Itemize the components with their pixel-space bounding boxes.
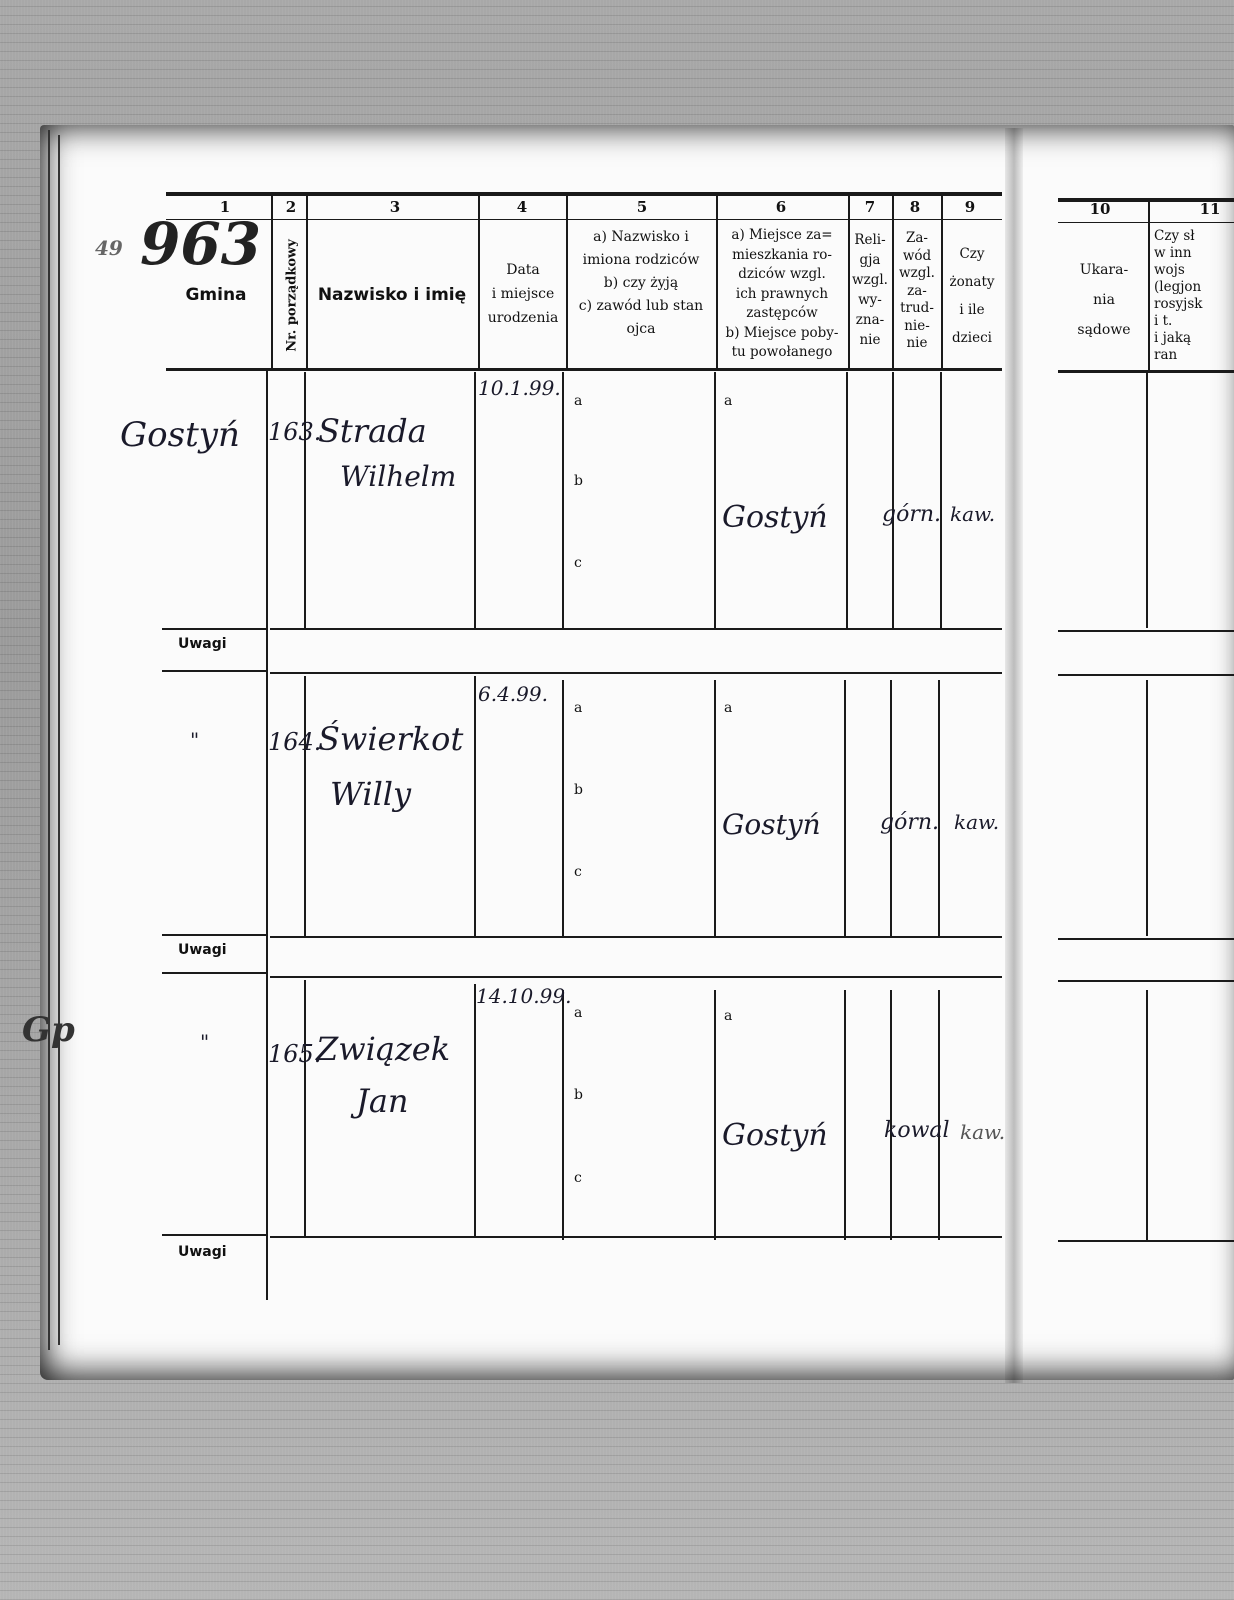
colnum-rule-right — [1058, 222, 1234, 223]
remarks-rule — [1058, 674, 1234, 676]
entry-number: 163. — [268, 418, 321, 446]
entry-occupation: górn. — [880, 810, 939, 835]
remarks-rule — [162, 670, 266, 672]
column-divider — [940, 372, 942, 628]
column-divider — [890, 990, 892, 1240]
entry-number: 165. — [268, 1040, 321, 1068]
remarks-rule — [270, 672, 1002, 674]
column-divider — [890, 680, 892, 936]
sub-label-c: c — [574, 864, 582, 880]
entry-birth-date: 10.1.99. — [478, 376, 561, 400]
gmina-divider — [266, 370, 268, 1300]
entry-gmina: " — [200, 1030, 209, 1054]
remarks-label: Uwagi — [178, 1244, 227, 1260]
remarks-rule — [270, 628, 1002, 630]
column-divider — [844, 680, 846, 936]
remarks-rule — [162, 934, 266, 936]
book-gutter — [1005, 128, 1023, 1383]
column-divider — [844, 990, 846, 1240]
binding-edge — [58, 135, 60, 1345]
entry-birth-date: 14.10.99. — [476, 984, 571, 1008]
column-header-residence: a) Miejsce za= mieszkania ro- dziców wzg… — [716, 226, 848, 363]
column-divider — [304, 980, 306, 1236]
column-divider — [1148, 200, 1150, 372]
column-divider — [478, 196, 480, 370]
entry-surname: Świerkot — [318, 720, 463, 758]
entry-given-name: Wilhelm — [340, 460, 456, 493]
column-number-3: 3 — [380, 198, 410, 216]
sub-label-b: b — [574, 473, 583, 489]
column-divider — [714, 990, 716, 1240]
remarks-rule — [162, 972, 266, 974]
column-header-gmina: Gmina — [176, 285, 256, 305]
column-header-nr: Nr. porządkowy — [285, 236, 300, 356]
entry-residence: Gostyń — [722, 500, 828, 535]
column-divider — [304, 372, 306, 628]
column-divider — [306, 196, 308, 370]
stamp-small: 49 — [95, 236, 123, 260]
column-divider — [304, 676, 306, 936]
entry-surname: Strada — [318, 412, 427, 450]
column-number-4: 4 — [507, 198, 537, 216]
column-divider — [892, 372, 894, 628]
remarks-rule — [270, 1236, 1002, 1238]
column-divider — [714, 372, 716, 628]
sub-label-a: a — [574, 1005, 582, 1021]
header-bottom-rule — [166, 368, 1002, 371]
sub-label-b: b — [574, 782, 583, 798]
remarks-rule — [270, 976, 1002, 978]
column-divider — [1146, 990, 1148, 1240]
column-divider — [474, 372, 476, 628]
column-header-married: Czy żonaty i ile dzieci — [942, 240, 1002, 352]
remarks-label: Uwagi — [178, 942, 227, 958]
column-divider — [846, 372, 848, 628]
stamp-number: 963 — [140, 210, 261, 278]
entry-gmina: Gostyń — [120, 415, 240, 455]
remarks-rule — [162, 1234, 266, 1236]
column-divider — [941, 196, 943, 370]
colnum-rule — [166, 219, 1002, 220]
remarks-rule — [1058, 630, 1234, 632]
column-number-1: 1 — [210, 198, 240, 216]
entry-residence: Gostyń — [722, 808, 821, 841]
column-divider — [716, 196, 718, 370]
sub-label-a: a — [574, 700, 582, 716]
column-header-birth: Data i miejsce urodzenia — [478, 258, 568, 330]
entry-married: kaw. — [954, 810, 999, 834]
sub-label-a: a — [574, 393, 582, 409]
column-divider — [566, 196, 568, 370]
column-divider — [938, 990, 940, 1240]
column-number-9: 9 — [955, 198, 985, 216]
entry-occupation: górn. — [882, 502, 941, 527]
column-header-religion: Reli- gja wzgl. wy- zna- nie — [848, 230, 892, 350]
remarks-label: Uwagi — [178, 636, 227, 652]
column-header-parents: a) Nazwisko i imiona rodziców b) czy żyj… — [566, 226, 716, 341]
column-header-service: Czy sł w inn wojs (legjon rosyjsk i t. i… — [1150, 228, 1234, 364]
entry-married: kaw. — [960, 1120, 1005, 1144]
entry-occupation: kowal — [884, 1118, 950, 1143]
remarks-rule — [1058, 1240, 1234, 1242]
remarks-rule — [162, 628, 266, 630]
sub-label-b: b — [574, 1087, 583, 1103]
remarks-rule — [270, 936, 1002, 938]
sub-label-a: a — [724, 393, 732, 409]
entry-residence: Gostyń — [722, 1118, 828, 1153]
binding-edge — [48, 130, 50, 1350]
column-number-11: 11 — [1195, 200, 1225, 218]
entry-number: 164. — [268, 728, 321, 756]
column-divider — [562, 680, 564, 936]
margin-mark: Gp — [22, 1010, 75, 1050]
column-divider — [474, 984, 476, 1236]
remarks-rule — [1058, 938, 1234, 940]
column-header-name: Nazwisko i imię — [312, 285, 472, 305]
sub-label-a: a — [724, 700, 732, 716]
entry-gmina: " — [190, 728, 199, 752]
column-number-8: 8 — [900, 198, 930, 216]
column-divider — [271, 196, 273, 370]
column-divider — [562, 372, 564, 628]
sub-label-a: a — [724, 1008, 732, 1024]
column-header-convictions: Ukara- nia sądowe — [1060, 255, 1148, 345]
column-number-5: 5 — [627, 198, 657, 216]
sub-label-c: c — [574, 1170, 582, 1186]
column-number-6: 6 — [766, 198, 796, 216]
column-divider — [562, 990, 564, 1240]
entry-married: kaw. — [950, 502, 995, 526]
column-divider — [892, 196, 894, 370]
column-divider — [938, 680, 940, 936]
remarks-rule — [1058, 980, 1234, 982]
header-top-rule — [166, 192, 1002, 196]
entry-birth-date: 6.4.99. — [478, 682, 548, 706]
column-number-10: 10 — [1085, 200, 1115, 218]
column-divider — [474, 676, 476, 936]
column-number-7: 7 — [855, 198, 885, 216]
entry-given-name: Willy — [330, 775, 411, 813]
column-header-occupation: Za- wód wzgl. za- trud- nie- nie — [893, 230, 941, 353]
entry-surname: Związek — [316, 1030, 450, 1068]
column-divider — [1146, 372, 1148, 628]
entry-given-name: Jan — [356, 1082, 409, 1120]
sub-label-c: c — [574, 555, 582, 571]
column-divider — [848, 196, 850, 370]
column-divider — [1146, 680, 1148, 936]
column-number-2: 2 — [276, 198, 306, 216]
column-divider — [714, 680, 716, 936]
